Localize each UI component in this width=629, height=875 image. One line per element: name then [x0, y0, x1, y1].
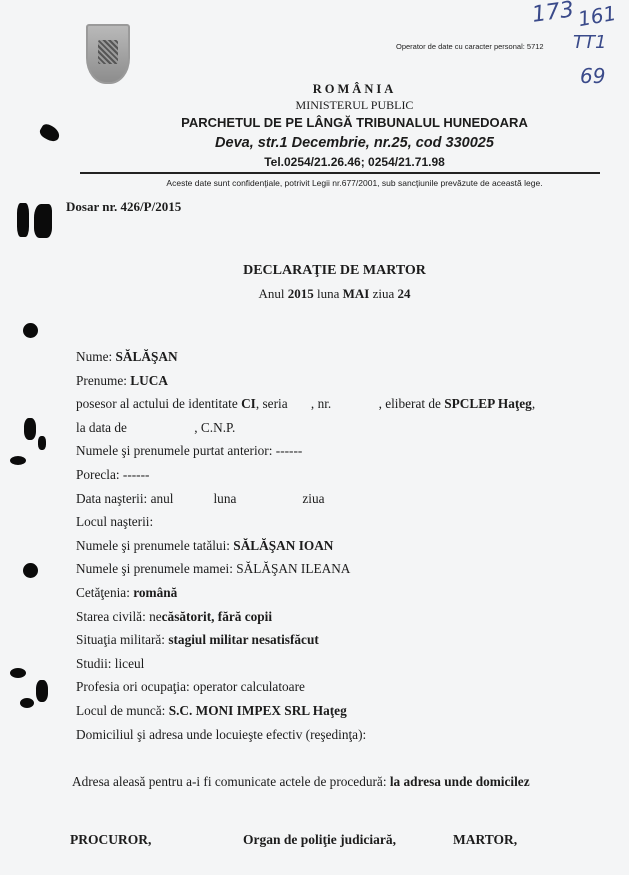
document-title: DECLARAŢIE DE MARTOR [20, 263, 629, 279]
field-occupation: Profesia ori ocupaţia: operator calculat… [76, 677, 616, 701]
field-previous-name: Numele şi prenumele purtat anterior: ---… [76, 441, 616, 465]
punch-mark [24, 418, 36, 440]
institution-address: Deva, str.1 Decembrie, nr.25, cod 330025 [40, 135, 629, 151]
field-procedure-address: Adresa aleasă pentru a-i fi comunicate a… [72, 772, 616, 796]
field-birth-date: Data naşterii: anullunaziua [76, 489, 616, 513]
operator-label: Operator de date cu caracter personal: 5… [396, 42, 544, 51]
signature-prosecutor: PROCUROR, [70, 832, 151, 848]
field-nume: Nume: SĂLĂŞAN [76, 347, 616, 371]
field-residence: Domiciliul şi adresa unde locuieşte efec… [76, 725, 616, 749]
handwritten-note: 161 [576, 1, 618, 31]
handwritten-note: 173 [530, 0, 575, 28]
punch-mark [38, 436, 46, 450]
romania-coat-of-arms-icon [86, 24, 130, 84]
field-citizenship: Cetăţenia: română [76, 583, 616, 607]
punch-mark [34, 204, 52, 238]
field-identity: posesor al actului de identitate CI, ser… [76, 394, 616, 418]
field-nickname: Porecla: ------ [76, 465, 616, 489]
handwritten-note: TT1 [573, 32, 606, 53]
field-studies: Studii: liceul [76, 654, 616, 678]
field-workplace: Locul de muncă: S.C. MONI IMPEX SRL Haţe… [76, 701, 616, 725]
institution-phone: Tel.0254/21.26.46; 0254/21.71.98 [40, 155, 629, 169]
confidentiality-notice: Aceste date sunt confidenţiale, potrivit… [40, 178, 629, 188]
punch-mark [20, 698, 34, 708]
witness-fields: Nume: SĂLĂŞAN Prenume: LUCA posesor al a… [76, 347, 616, 795]
field-military: Situaţia militară: stagiul militar nesat… [76, 630, 616, 654]
header-divider [80, 172, 600, 174]
field-father: Numele şi prenumele tatălui: SĂLĂŞAN IOA… [76, 536, 616, 560]
punch-hole [23, 323, 38, 338]
declaration-date: Anul 2015 luna MAI ziua 24 [20, 286, 629, 302]
signature-witness: MARTOR, [453, 832, 517, 848]
punch-hole [23, 563, 38, 578]
field-residence-value [76, 748, 616, 772]
punch-mark [36, 680, 48, 702]
signature-police: Organ de poliţie judiciară, [243, 832, 396, 848]
punch-mark [10, 456, 26, 465]
institution-heading: PARCHETUL DE PE LÂNGĂ TRIBUNALUL HUNEDOA… [40, 115, 629, 130]
field-mother: Numele şi prenumele mamei: SĂLĂŞAN ILEAN… [76, 559, 616, 583]
field-issue-date: la data de , C.N.P. [76, 418, 616, 442]
country-heading: ROMÂNIA [40, 82, 629, 97]
punch-mark [10, 668, 26, 678]
field-prenume: Prenume: LUCA [76, 371, 616, 395]
case-number: Dosar nr. 426/P/2015 [66, 199, 181, 215]
punch-mark [17, 203, 29, 237]
ministry-heading: MINISTERUL PUBLIC [40, 98, 629, 113]
field-civil-status: Starea civilă: necăsătorit, fără copii [76, 607, 616, 631]
field-birthplace: Locul naşterii: [76, 512, 616, 536]
